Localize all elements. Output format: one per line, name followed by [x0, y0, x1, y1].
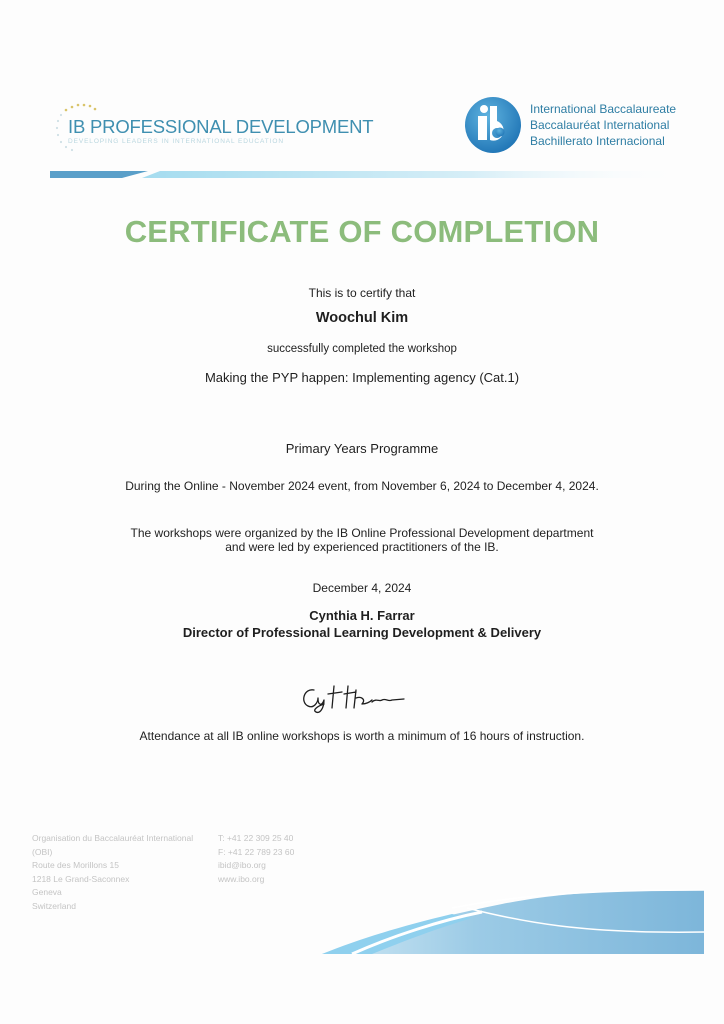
phone: T: +41 22 309 25 40 [218, 832, 294, 846]
organized-line: and were led by experienced practitioner… [0, 540, 724, 554]
workshop-title: Making the PYP happen: Implementing agen… [0, 370, 724, 385]
address-line: Route des Morillons 15 [32, 859, 193, 873]
organized-line: The workshops were organized by the IB O… [0, 526, 724, 540]
ib-names: International Baccalaureate Baccalauréat… [530, 101, 676, 149]
completed-line: successfully completed the workshop [0, 343, 724, 355]
programme-name: Primary Years Programme [0, 441, 724, 456]
certificate-title: CERTIFICATE OF COMPLETION [0, 214, 724, 250]
ib-circle-icon [464, 96, 522, 154]
email-link[interactable]: ibid@ibo.org [218, 859, 294, 873]
ib-name-es: Bachillerato Internacional [530, 133, 676, 149]
website-link[interactable]: www.ibo.org [218, 873, 294, 887]
footer-address: Organisation du Baccalauréat Internation… [32, 832, 193, 913]
address-line: Organisation du Baccalauréat Internation… [32, 832, 193, 846]
pd-logo-tagline: DEVELOPING LEADERS IN INTERNATIONAL EDUC… [68, 138, 284, 145]
footer-wave-graphic [322, 876, 704, 956]
event-line: During the Online - November 2024 event,… [0, 479, 724, 493]
header-stripe [50, 168, 690, 180]
organized-text: The workshops were organized by the IB O… [0, 526, 724, 554]
certify-line: This is to certify that [0, 286, 724, 300]
recipient-name: Woochul Kim [0, 310, 724, 326]
issue-date: December 4, 2024 [0, 581, 724, 595]
address-line: Switzerland [32, 900, 193, 914]
address-line: 1218 Le Grand-Saconnex [32, 873, 193, 887]
address-line: Geneva [32, 886, 193, 900]
ib-professional-development-logo: IB PROFESSIONAL DEVELOPMENT DEVELOPING L… [52, 100, 352, 160]
ib-name-en: International Baccalaureate [530, 101, 676, 117]
signer-name: Cynthia H. Farrar [0, 608, 724, 624]
fax: F: +41 22 789 23 60 [218, 846, 294, 860]
footer-contact: T: +41 22 309 25 40 F: +41 22 789 23 60 … [218, 832, 294, 886]
signer-title: Director of Professional Learning Develo… [120, 624, 604, 641]
attendance-line: Attendance at all IB online workshops is… [0, 729, 724, 743]
signature [296, 680, 416, 716]
pd-logo-title: IB PROFESSIONAL DEVELOPMENT [68, 116, 373, 138]
ib-name-fr: Baccalauréat International [530, 117, 676, 133]
ib-logo: International Baccalaureate Baccalauréat… [464, 96, 694, 158]
address-line: (OBI) [32, 846, 193, 860]
